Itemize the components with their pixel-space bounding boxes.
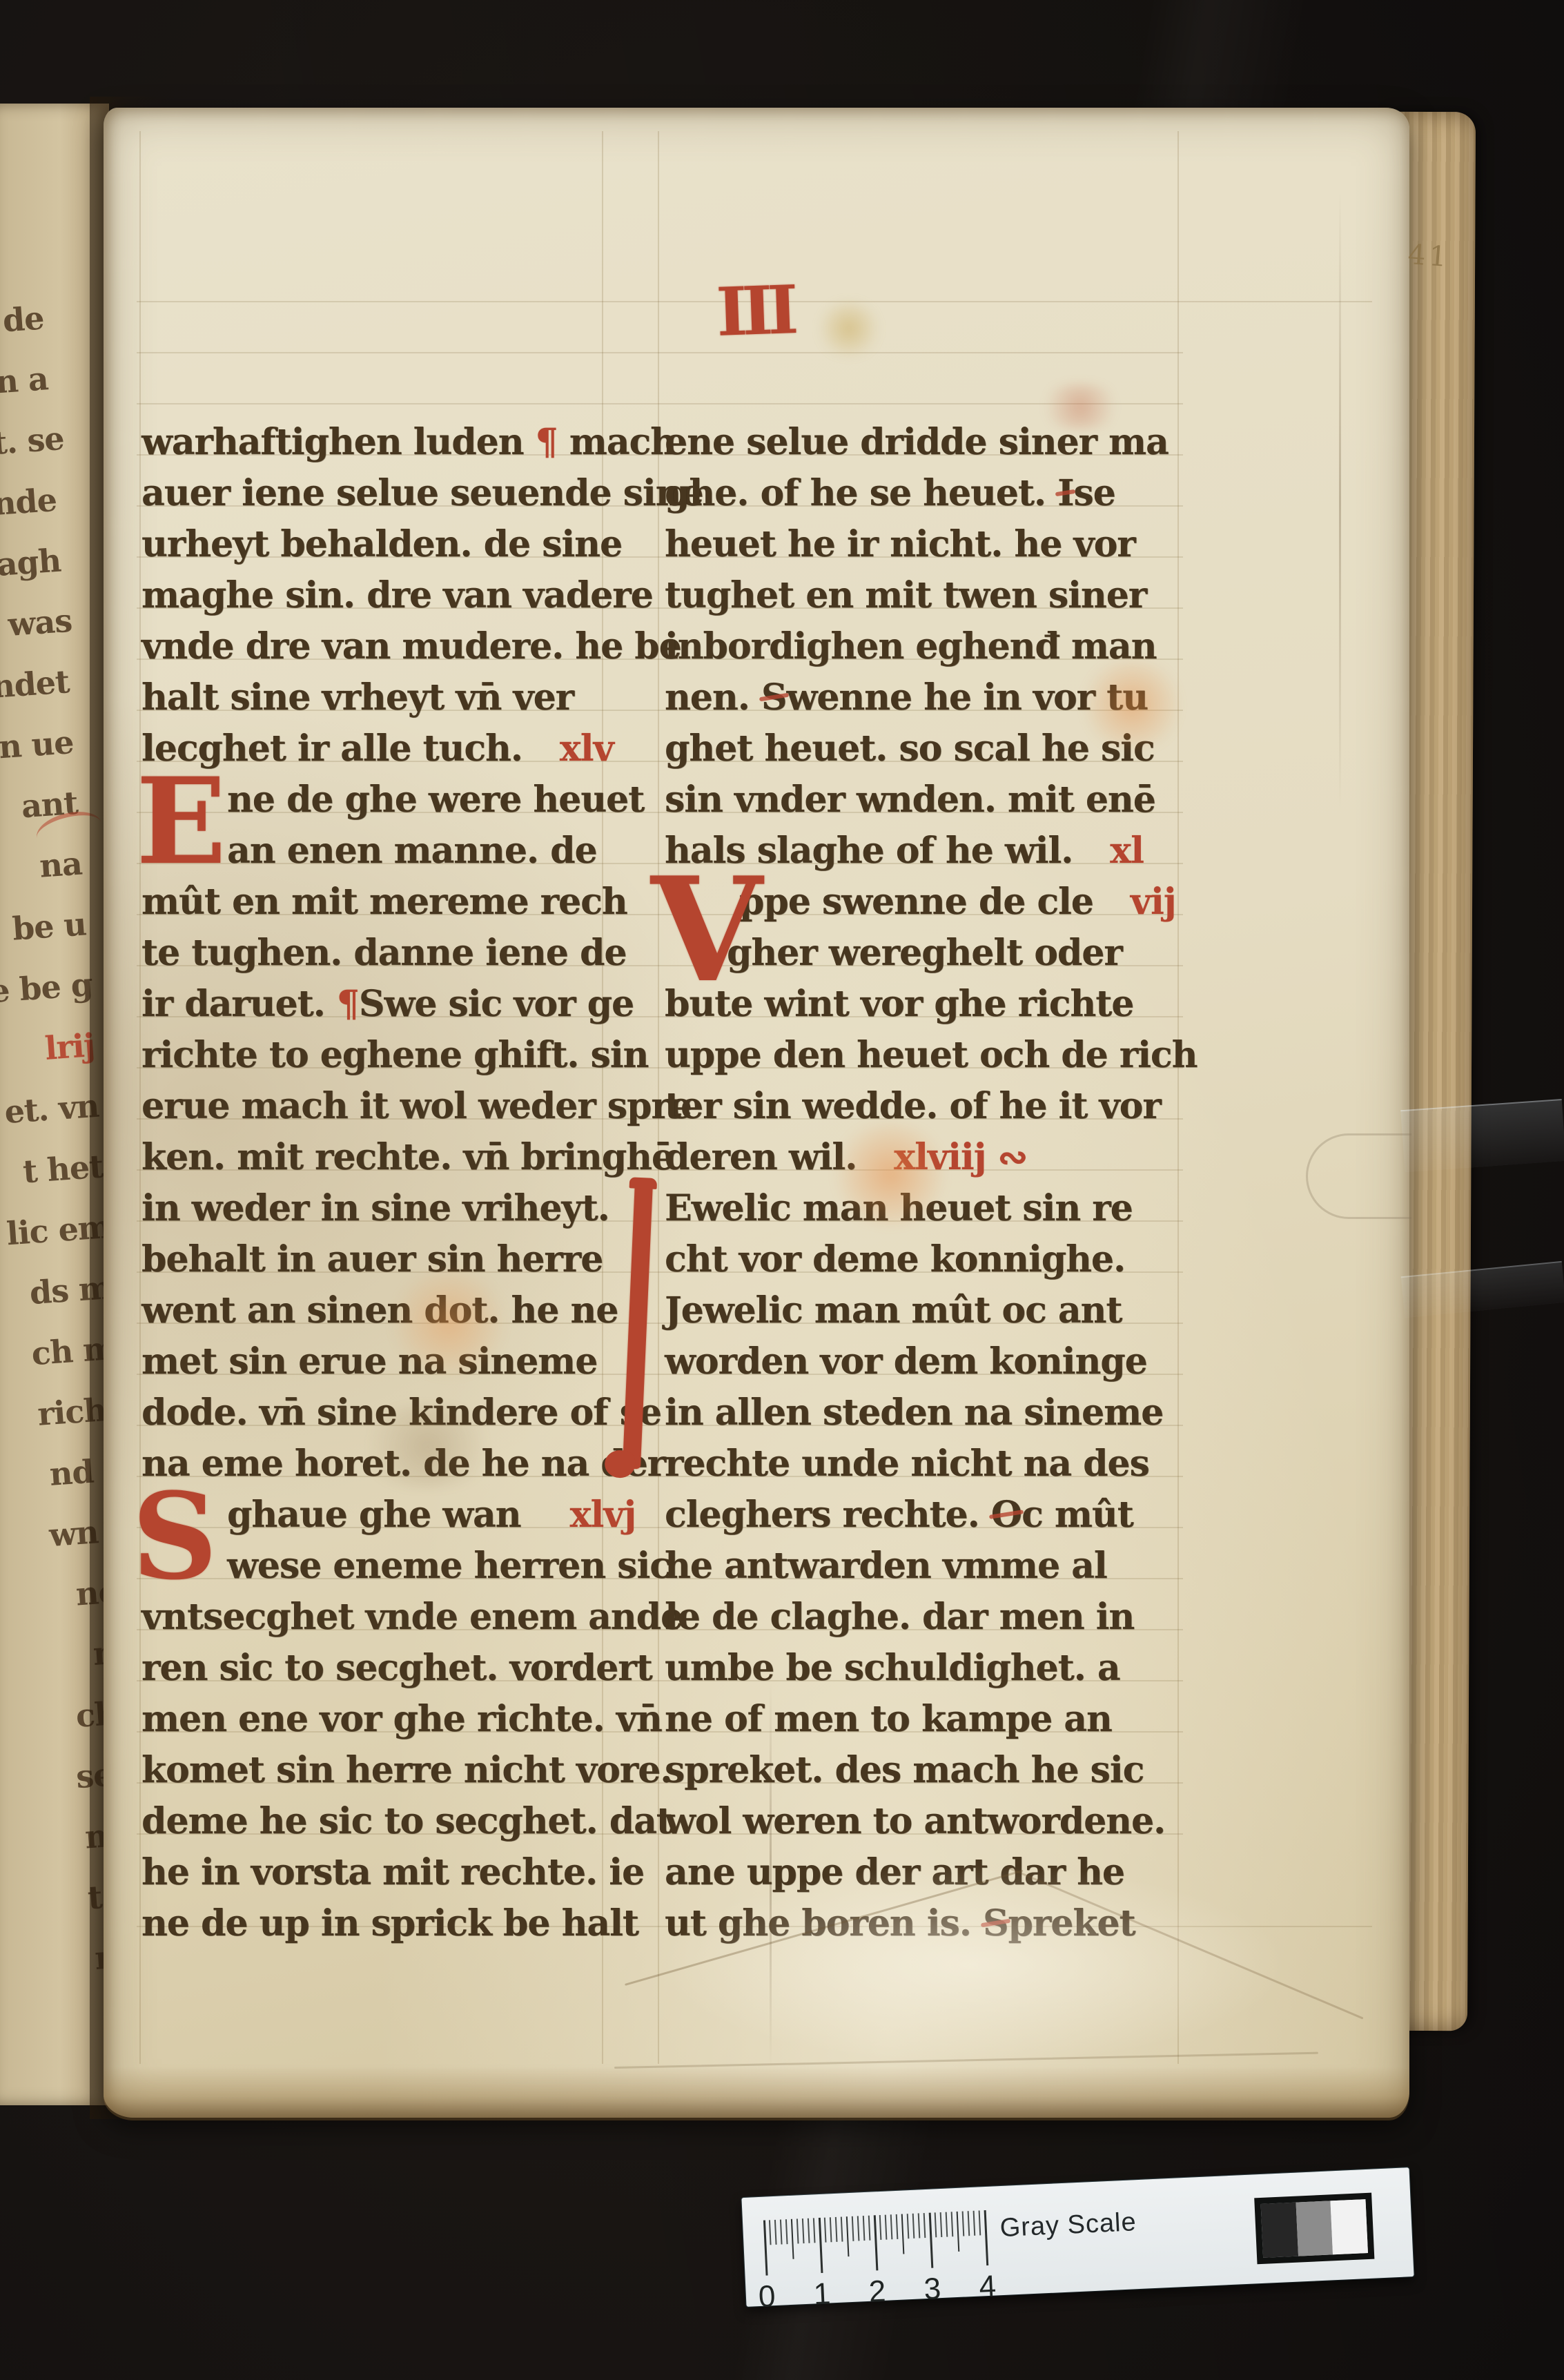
ruler-tick (763, 2221, 768, 2276)
ink-text: gher wereghelt oder (727, 932, 1122, 974)
rubric-text: ¶ (536, 421, 558, 463)
facing-page-fragment: uen a (0, 347, 58, 416)
ink-text: was (0, 602, 73, 644)
decorated-initial-V: V (651, 859, 762, 1002)
ink-text: wol weren to antwordene. (665, 1800, 1165, 1842)
text-line: wol weren to antwordene. (665, 1796, 1188, 1847)
ink-text: ppe swenne de cle (739, 881, 1093, 923)
ruler-tick (819, 2218, 823, 2273)
ruler-tick (796, 2218, 799, 2243)
ink-text: dagh (0, 542, 62, 585)
ruler-tick (780, 2220, 783, 2245)
text-line: worden vor dem koninge (665, 1336, 1188, 1387)
ink-text: r de (0, 299, 45, 341)
ink-text: men ene vor ghe richte. vn̄ (141, 1698, 662, 1740)
ruler-tick (857, 2216, 860, 2241)
text-line: spreket. des mach he sic (665, 1745, 1188, 1796)
ruler-tick-label: 0 (758, 2279, 776, 2314)
orange-smudge (387, 1267, 511, 1378)
text-line: vntsecghet vnde enem ande (141, 1592, 665, 1643)
rubric-text: lrij (43, 1026, 95, 1067)
ink-text: richte to eghene ghift. sin (141, 1034, 648, 1076)
ink-text: Swe sic vor ge (359, 983, 634, 1025)
ruler-tick (923, 2213, 926, 2238)
ruler-tick (863, 2216, 866, 2241)
ruler-tick (890, 2214, 893, 2239)
text-line: erue mach it wol weder spre (141, 1081, 665, 1132)
ruler-tick-label: 4 (979, 2270, 997, 2305)
ruler-tick (979, 2210, 981, 2235)
manuscript-photo: r deuen acht. seondedaghlij wasndeten ue… (0, 0, 1564, 2380)
ruler-tick (830, 2217, 832, 2242)
text-line: ene selue dridde siner ma (665, 417, 1188, 468)
ink-text: urheyt behalden. de sine (141, 523, 622, 565)
ink-text: en ue (0, 723, 75, 767)
ink-text: in weder in sine vriheyt. (141, 1187, 609, 1229)
ruler-tick (835, 2217, 838, 2242)
facing-page-fragment: lij was (0, 590, 75, 659)
ruler-tick (984, 2210, 989, 2265)
text-line: deme he sic to secghet. dat (141, 1796, 665, 1847)
text-line: warhaftighen luden ¶ mach (141, 417, 665, 468)
ruler-tick (846, 2216, 850, 2256)
ink-text: onde (0, 481, 58, 524)
text-line: he in vorsta mit rechte. ie (141, 1847, 665, 1898)
ink-text: maghe sin. dre van vadere (141, 574, 653, 616)
text-line: ren sic to secghet. vordert (141, 1643, 665, 1694)
gray-scale-label: Gray Scale (999, 2207, 1137, 2243)
quire-numeral: III (715, 271, 794, 351)
ink-text: se (1073, 472, 1115, 514)
ink-text: met sin erue na sineme (141, 1340, 597, 1383)
ink-text: na (39, 845, 84, 885)
text-column-1: warhaftighen luden ¶ machauer iene selue… (141, 417, 665, 1949)
ruler-tick (813, 2218, 816, 2243)
ink-text: uen a (0, 360, 49, 403)
text-line: urheyt behalden. de sine (141, 519, 665, 570)
text-line: te tughen. danne iene de (141, 928, 665, 979)
ruled-column-line (139, 131, 141, 2064)
ruler-tick (946, 2212, 948, 2237)
ruler-tick (769, 2220, 772, 2245)
ink-text: ghet heuet. so scal he sic (665, 728, 1155, 770)
ink-text: heuet he ir nicht. he vor (665, 523, 1135, 565)
ruled-line (137, 352, 1183, 353)
facing-page-fragment: e be g (0, 953, 101, 1022)
text-line: ne de up in sprick be halt (141, 1898, 665, 1949)
ink-text: cht vor deme konnighe. (665, 1238, 1125, 1280)
ink-text: ghe. of he se heuet. (665, 472, 1057, 514)
text-line: wese eneme herren sic (141, 1541, 665, 1592)
ruler-tick (951, 2212, 954, 2236)
text-line: heuet he ir nicht. he vor (665, 519, 1188, 570)
ink-text: sin vnder wnden. mit enē (665, 779, 1155, 821)
facing-page-fragment: onde (0, 469, 67, 537)
text-line: halt sine vrheyt vn̄ ver (141, 672, 665, 723)
band-loop (1306, 1133, 1411, 1219)
ink-text: went an sinen dot. he ne (141, 1289, 618, 1332)
ink-text: vntsecghet vnde enem ande (141, 1596, 683, 1638)
vertical-crease (1339, 191, 1341, 812)
text-line: auer iene selue seuende sine (141, 468, 665, 519)
ink-text: behalt in auer sin herre (141, 1238, 603, 1280)
text-line: in allen steden na sineme (665, 1387, 1188, 1438)
text-line: he antwarden vmme al (665, 1541, 1188, 1592)
text-line: rechte unde nicht na des (665, 1438, 1188, 1490)
ruler-tick (841, 2217, 843, 2242)
ink-text: be u (11, 905, 87, 947)
ruler-tick (940, 2212, 943, 2237)
ink-text: ghaue ghe wan (227, 1494, 533, 1536)
orange-smudge (1077, 660, 1187, 750)
ruler-tick-label: 2 (868, 2274, 887, 2310)
ink-text: ndet (0, 663, 70, 705)
ink-text: le de claghe. dar men in (665, 1596, 1134, 1638)
ink-text: ne of men to kampe an (665, 1698, 1112, 1740)
ink-text: ren sic to secghet. vordert (141, 1647, 652, 1689)
brown-stain (352, 1405, 504, 1488)
ink-text: ir daruet. (141, 983, 337, 1025)
text-line: richte to eghene ghift. sin (141, 1030, 665, 1081)
ruler-tick (968, 2211, 970, 2236)
ruler-tick (791, 2219, 794, 2259)
text-line: in weder in sine vriheyt. (141, 1183, 665, 1234)
text-line: Jewelic man mût oc ant (665, 1285, 1188, 1336)
gray-scale-patches (1254, 2193, 1374, 2265)
ruled-line (137, 403, 1183, 404)
rubric-text: xlv (560, 728, 614, 770)
ink-text: he in vorsta mit rechte. ie (141, 1851, 644, 1893)
ruler-tick-label: 3 (923, 2272, 942, 2307)
ink-text: ne de ghe were heuet (227, 779, 644, 821)
ink-text: ken. mit rechte. vn̄ bringhē (141, 1136, 674, 1178)
ruler-tick-label: 1 (813, 2276, 832, 2312)
ink-text: S (761, 676, 787, 719)
ruler-tick (907, 2214, 910, 2238)
rubric-text: vij (1131, 881, 1176, 923)
parchment-repair-patch (649, 1861, 1298, 2068)
ink-text: auer iene selue seuende sine (141, 472, 703, 514)
ink-text: mach (558, 421, 676, 463)
ruler-tick (912, 2214, 915, 2238)
decorated-initial-E: E (136, 762, 226, 881)
text-line: komet sin herre nicht vore. (141, 1745, 665, 1796)
rubric-text: ¶ (337, 983, 359, 1025)
white-patch (1331, 2199, 1368, 2254)
red-smudge (1035, 384, 1125, 429)
ink-text: deme he sic to secghet. dat (141, 1800, 672, 1842)
ruler-tick (885, 2215, 888, 2240)
ruler-tick (896, 2214, 899, 2239)
ruler-tick (852, 2216, 854, 2241)
ruler-tick (868, 2216, 871, 2241)
manuscript-page: III 41 warhaftighen luden ¶ machauer ien… (104, 108, 1409, 2118)
ruler-tick (957, 2212, 960, 2252)
ruler-tick (879, 2215, 882, 2240)
ink-text: umbe be schuldighet. a (665, 1647, 1120, 1689)
ink-text: halt sine vrheyt vn̄ ver (141, 676, 574, 719)
facing-page-fragment: be u (0, 893, 97, 962)
ink-text: I (1057, 472, 1073, 514)
text-line: le de claghe. dar men in (665, 1592, 1188, 1643)
rubric-text: xl (1110, 830, 1144, 872)
facing-page-fragment: dagh (0, 529, 71, 598)
ruler-tick (929, 2213, 934, 2268)
black-patch (1261, 2203, 1298, 2258)
ruler-tick (918, 2213, 921, 2238)
ink-text: et. vn (3, 1087, 100, 1131)
ink-text: an enen manne. de (227, 830, 597, 872)
ink-text: vnde dre van mudere. he be (141, 625, 681, 667)
vertical-crease (770, 1681, 772, 2068)
ink-text: wese eneme herren sic (227, 1545, 671, 1587)
text-line: ghe. of he se heuet. Ise (665, 468, 1188, 519)
ink-text: te tughen. danne iene de (141, 932, 626, 974)
text-line: tughet en mit twen siner (665, 570, 1188, 621)
ruler-tick (808, 2218, 810, 2243)
plastic-retaining-band (1400, 1099, 1564, 1172)
facing-page-fragment: cht. se (0, 408, 63, 476)
facing-page-fragment: ndet (0, 650, 79, 719)
text-line: ghaue ghe wan xlvj (141, 1490, 665, 1541)
ink-text: cht. se (0, 420, 65, 465)
ink-text: warhaftighen luden (141, 421, 536, 463)
ink-text: nen. (665, 676, 761, 719)
ink-text: rechte unde nicht na des (665, 1443, 1149, 1485)
ruler-tick (774, 2220, 777, 2245)
text-line: uppe den heuet och de rich (665, 1030, 1188, 1081)
ink-text: erue mach it wol weder spre (141, 1085, 692, 1127)
ink-text: tughet en mit twen siner (665, 574, 1146, 616)
ruler-tick (935, 2212, 937, 2237)
ink-text: c mût (1022, 1494, 1133, 1536)
ink-text: he antwarden vmme al (665, 1545, 1107, 1587)
ruler-tick (962, 2212, 965, 2236)
ruler-tick (973, 2211, 976, 2236)
text-line: maghe sin. dre van vadere (141, 570, 665, 621)
text-line: sin vnder wnden. mit enē (665, 774, 1188, 826)
text-line: cleghers rechte. Oc mût (665, 1490, 1188, 1541)
orange-smudge (828, 1122, 952, 1226)
ink-text: in allen steden na sineme (665, 1392, 1163, 1434)
ink-text: e be g (0, 966, 94, 1010)
text-line: behalt in auer sin herre (141, 1234, 665, 1285)
ink-text: O (991, 1494, 1022, 1536)
text-line: cht vor deme konnighe. (665, 1234, 1188, 1285)
ruler-tick (901, 2214, 905, 2254)
ink-text: inbordighen eghenđ man (665, 625, 1156, 667)
decorated-initial-S: S (132, 1477, 217, 1596)
ruler-tick (824, 2218, 827, 2243)
text-line: ter sin wedde. of he it vor (665, 1081, 1188, 1132)
gray-patch (1296, 2201, 1333, 2256)
text-line: ne of men to kampe an (665, 1694, 1188, 1745)
text-line: umbe be schuldighet. a (665, 1643, 1188, 1694)
ink-text: ne de up in sprick be halt (141, 1902, 638, 1944)
text-line: ken. mit rechte. vn̄ bringhē (141, 1132, 665, 1183)
ink-text: spreket. des mach he sic (665, 1749, 1144, 1791)
ruler-tick (802, 2218, 805, 2243)
facing-page-fragment: en ue (0, 711, 84, 779)
ruler-tick (785, 2219, 788, 2244)
ink-text: cleghers rechte. (665, 1494, 991, 1536)
ink-text: worden vor dem koninge (665, 1340, 1147, 1383)
facing-page-fragment: r de (0, 287, 54, 355)
yellow-stain (814, 301, 883, 356)
rubric-text: xlvj (570, 1494, 636, 1536)
ink-text: komet sin herre nicht vore. (141, 1749, 672, 1791)
ink-text: ter sin wedde. of he it vor (665, 1085, 1161, 1127)
ink-text: uppe den heuet och de rich (665, 1034, 1197, 1076)
ink-text: Jewelic man mût oc ant (665, 1289, 1122, 1332)
text-line: men ene vor ghe richte. vn̄ (141, 1694, 665, 1745)
ruler-ticks: 01234 (763, 2210, 992, 2308)
text-line: ir daruet. ¶Swe sic vor ge (141, 979, 665, 1030)
text-line: vnde dre van mudere. he be (141, 621, 665, 672)
ruler-tick (874, 2215, 879, 2270)
folio-number: 41 (1407, 239, 1451, 273)
